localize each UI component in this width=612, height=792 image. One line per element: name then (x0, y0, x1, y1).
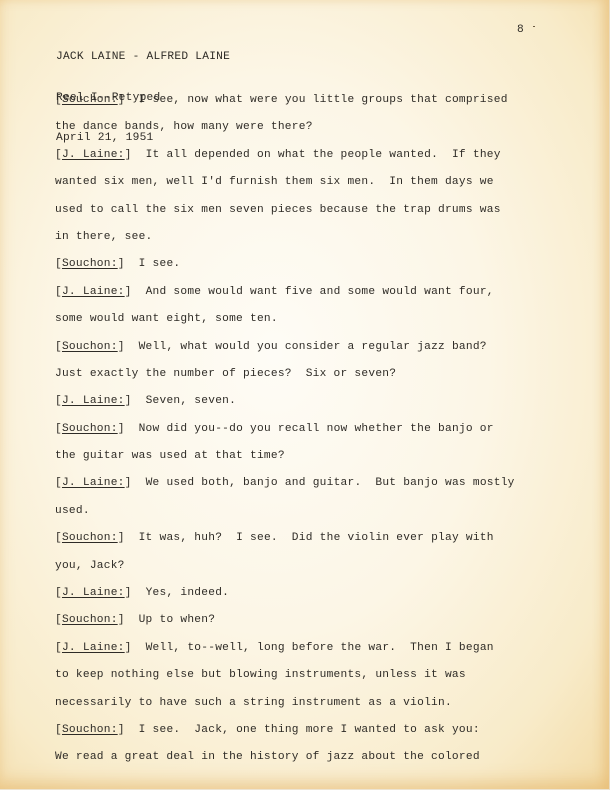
speaker-name: J. Laine: (62, 395, 125, 407)
bracket-open: [ (55, 94, 62, 106)
line-text: I see. (139, 258, 181, 270)
continuation-line: necessarily to have such a string instru… (55, 695, 555, 722)
dialogue-line: [Souchon:] I see. (55, 256, 555, 283)
speaker-name: Souchon: (62, 423, 118, 435)
bracket-open: [ (55, 258, 62, 270)
speaker-name: Souchon: (62, 258, 118, 270)
continuation-line: used. (55, 503, 555, 530)
speaker-label: [J. Laine:] (55, 587, 146, 599)
speaker-name: Souchon: (62, 614, 118, 626)
continuation-line: some would want eight, some ten. (55, 311, 555, 338)
line-text: It all depended on what the people wante… (146, 149, 501, 161)
speaker-label: [J. Laine:] (55, 395, 146, 407)
dialogue-line: [Souchon:] Now did you--do you recall no… (55, 421, 555, 448)
line-text: Well, to--well, long before the war. The… (146, 642, 494, 654)
speaker-name: Souchon: (62, 94, 118, 106)
bracket-close: ] (125, 477, 146, 489)
header-title: JACK LAINE - ALFRED LAINE (56, 51, 230, 65)
bracket-close: ] (118, 532, 139, 544)
ink-speck (533, 26, 535, 27)
continuation-line: the dance bands, how many were there? (55, 119, 555, 146)
bracket-open: [ (55, 341, 62, 353)
line-text: wanted six men, well I'd furnish them si… (55, 176, 494, 188)
line-text: necessarily to have such a string instru… (55, 697, 452, 709)
speaker-label: [J. Laine:] (55, 642, 146, 654)
line-text: We used both, banjo and guitar. But banj… (146, 477, 515, 489)
speaker-label: [J. Laine:] (55, 286, 146, 298)
speaker-label: [Souchon:] (55, 423, 139, 435)
line-text: It was, huh? I see. Did the violin ever … (139, 532, 494, 544)
dialogue-line: [J. Laine:] It all depended on what the … (55, 147, 555, 174)
line-text: used. (55, 505, 90, 517)
line-text: I see. Jack, one thing more I wanted to … (139, 724, 480, 736)
line-text: And some would want five and some would … (146, 286, 494, 298)
continuation-line: to keep nothing else but blowing instrum… (55, 667, 555, 694)
bracket-close: ] (118, 724, 139, 736)
line-text: some would want eight, some ten. (55, 313, 278, 325)
speaker-label: [J. Laine:] (55, 149, 146, 161)
typewritten-page: JACK LAINE - ALFRED LAINE Reel I--Retype… (0, 0, 610, 790)
line-text: to keep nothing else but blowing instrum… (55, 669, 466, 681)
bracket-open: [ (55, 642, 62, 654)
dialogue-line: [J. Laine:] We used both, banjo and guit… (55, 475, 555, 502)
speaker-label: [Souchon:] (55, 614, 139, 626)
speaker-label: [Souchon:] (55, 724, 139, 736)
dialogue-line: [J. Laine:] Yes, indeed. (55, 585, 555, 612)
bracket-close: ] (125, 286, 146, 298)
bracket-open: [ (55, 477, 62, 489)
speaker-name: J. Laine: (62, 587, 125, 599)
bracket-open: [ (55, 423, 62, 435)
dialogue-line: [Souchon:] Up to when? (55, 612, 555, 639)
line-text: Just exactly the number of pieces? Six o… (55, 368, 396, 380)
bracket-open: [ (55, 286, 62, 298)
speaker-label: [Souchon:] (55, 341, 139, 353)
continuation-line: wanted six men, well I'd furnish them si… (55, 174, 555, 201)
dialogue-line: [Souchon:] Well, what would you consider… (55, 339, 555, 366)
bracket-open: [ (55, 149, 62, 161)
line-text: Up to when? (139, 614, 216, 626)
line-text: Yes, indeed. (146, 587, 230, 599)
continuation-line: We read a great deal in the history of j… (55, 749, 555, 776)
bracket-close: ] (118, 423, 139, 435)
line-text: Now did you--do you recall now whether t… (139, 423, 494, 435)
dialogue-line: [Souchon:] It was, huh? I see. Did the v… (55, 530, 555, 557)
bracket-close: ] (118, 94, 139, 106)
dialogue-line: [J. Laine:] And some would want five and… (55, 284, 555, 311)
speaker-name: Souchon: (62, 724, 118, 736)
speaker-label: [J. Laine:] (55, 477, 146, 489)
speaker-name: J. Laine: (62, 477, 125, 489)
speaker-label: [Souchon:] (55, 532, 139, 544)
speaker-label: [Souchon:] (55, 94, 139, 106)
bracket-close: ] (118, 341, 139, 353)
line-text: in there, see. (55, 231, 153, 243)
bracket-close: ] (125, 587, 146, 599)
bracket-open: [ (55, 395, 62, 407)
bracket-open: [ (55, 587, 62, 599)
continuation-line: you, Jack? (55, 558, 555, 585)
line-text: Well, what would you consider a regular … (139, 341, 487, 353)
speaker-label: [Souchon:] (55, 258, 139, 270)
bracket-open: [ (55, 532, 62, 544)
line-text: We read a great deal in the history of j… (55, 751, 480, 763)
dialogue-line: [Souchon:] I see, now what were you litt… (55, 92, 555, 119)
line-text: Seven, seven. (146, 395, 237, 407)
speaker-name: Souchon: (62, 532, 118, 544)
line-text: the dance bands, how many were there? (55, 121, 313, 133)
speaker-name: Souchon: (62, 341, 118, 353)
continuation-line: in there, see. (55, 229, 555, 256)
speaker-name: J. Laine: (62, 286, 125, 298)
continuation-line: used to call the six men seven pieces be… (55, 202, 555, 229)
bracket-close: ] (118, 258, 139, 270)
bracket-close: ] (125, 642, 146, 654)
line-text: you, Jack? (55, 560, 125, 572)
bracket-open: [ (55, 614, 62, 626)
bracket-close: ] (118, 614, 139, 626)
transcript-body: [Souchon:] I see, now what were you litt… (55, 92, 555, 777)
bracket-open: [ (55, 724, 62, 736)
dialogue-line: [Souchon:] I see. Jack, one thing more I… (55, 722, 555, 749)
page-number: 8 (517, 24, 524, 36)
speaker-name: J. Laine: (62, 149, 125, 161)
continuation-line: Just exactly the number of pieces? Six o… (55, 366, 555, 393)
line-text: the guitar was used at that time? (55, 450, 285, 462)
line-text: I see, now what were you little groups t… (139, 94, 508, 106)
dialogue-line: [J. Laine:] Well, to--well, long before … (55, 640, 555, 667)
bracket-close: ] (125, 395, 146, 407)
dialogue-line: [J. Laine:] Seven, seven. (55, 393, 555, 420)
speaker-name: J. Laine: (62, 642, 125, 654)
line-text: used to call the six men seven pieces be… (55, 204, 501, 216)
bracket-close: ] (125, 149, 146, 161)
continuation-line: the guitar was used at that time? (55, 448, 555, 475)
